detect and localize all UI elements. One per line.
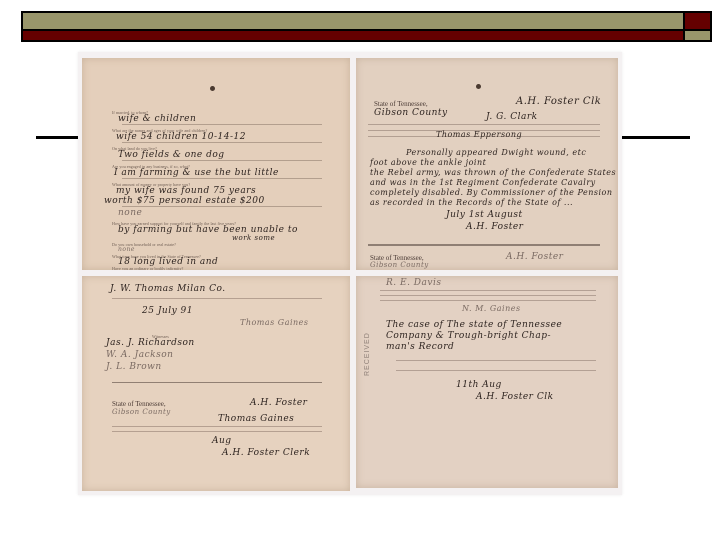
form-line <box>122 142 322 143</box>
form-line <box>122 160 322 161</box>
signature-date: 11th Aug <box>456 380 502 390</box>
header-corner-maroon-square <box>685 13 710 29</box>
official-name: A.H. Foster <box>250 398 307 408</box>
handwritten-text: J. W. Thomas Milan Co. <box>110 284 226 294</box>
form-line <box>380 295 596 296</box>
punch-hole <box>476 84 481 89</box>
handwritten-text: Thomas Eppersong <box>436 130 522 139</box>
form-line <box>122 124 322 125</box>
county-name: Gibson County <box>370 261 429 269</box>
slide-header-bar <box>21 11 712 42</box>
official-name: A.H. Foster <box>506 252 563 262</box>
clerk-signature: A.H. Foster <box>466 222 523 232</box>
section-divider <box>368 244 600 246</box>
witness-name: J. L. Brown <box>106 362 162 372</box>
witness-name: W. A. Jackson <box>106 350 173 360</box>
handwritten-text: Thomas Gaines <box>240 318 309 327</box>
handwritten-text: 25 July 91 <box>142 306 193 316</box>
handwritten-answer: my wife was found 75 years <box>116 186 256 196</box>
document-photograph: If married, to whom? wife & children Wha… <box>78 52 622 495</box>
panel-bottom-right: R. E. Davis N. M. Gaines The case of The… <box>356 276 618 488</box>
handwritten-text: the Rebel army, was thrown of the Confed… <box>370 168 616 177</box>
header-olive-band <box>23 13 683 29</box>
signature-date: July 1st August <box>446 210 523 220</box>
form-question: Have you an ordinary or bodily infirmity… <box>112 266 183 270</box>
handwritten-text: Company & Trough-bright Chap- <box>386 331 551 341</box>
handwritten-text: The case of The state of Tennessee <box>386 320 562 330</box>
handwritten-text: completely disabled. By Commissioner of … <box>370 188 613 197</box>
panel-top-left: If married, to whom? wife & children Wha… <box>82 58 350 270</box>
form-line <box>112 426 322 427</box>
county-name: Gibson County <box>374 108 448 118</box>
handwritten-text: Personally appeared Dwight wound, etc <box>406 148 586 157</box>
received-stamp: RECEIVED <box>364 332 371 376</box>
handwritten-answer: wife & children <box>118 114 196 124</box>
form-line <box>396 370 596 371</box>
handwritten-text: man's Record <box>386 342 454 352</box>
punch-hole <box>210 86 215 91</box>
handwritten-answer: I am farming & use the but little <box>114 168 279 178</box>
handwritten-answer: none <box>118 246 135 253</box>
panel-bottom-left: J. W. Thomas Milan Co. 25 July 91 Thomas… <box>82 276 350 491</box>
handwritten-answer: work some <box>232 234 275 242</box>
handwritten-text: R. E. Davis <box>386 278 441 288</box>
form-line <box>122 178 322 179</box>
clerk-signature: A.H. Foster Clerk <box>222 448 310 458</box>
applicant-name: J. G. Clark <box>486 112 538 122</box>
form-line <box>380 290 596 291</box>
state-heading: State of Tennessee, <box>374 100 428 108</box>
handwritten-text: N. M. Gaines <box>462 304 521 313</box>
handwritten-answer: none <box>118 208 142 218</box>
handwritten-answer: Two fields & one dog <box>118 150 225 160</box>
handwritten-answer: wife 54 children 10-14-12 <box>116 132 246 142</box>
form-line <box>380 300 596 301</box>
date: Aug <box>212 436 232 446</box>
handwritten-text: as recorded in the Records of the State … <box>370 198 573 207</box>
form-line <box>122 206 322 207</box>
official-name: A.H. Foster Clk <box>516 96 601 107</box>
clerk-signature: A.H. Foster Clk <box>476 392 554 402</box>
handwritten-text: and was in the 1st Regiment Confederate … <box>370 178 596 187</box>
witness-name: Jas. J. Richardson <box>106 338 195 348</box>
panel-top-right: State of Tennessee, Gibson County A.H. F… <box>356 58 618 270</box>
form-line <box>396 360 596 361</box>
form-line <box>368 124 600 125</box>
section-divider <box>112 382 322 383</box>
form-line <box>112 298 322 299</box>
handwritten-text: foot above the ankle joint <box>370 158 486 167</box>
state-heading: State of Tennessee, <box>112 400 166 408</box>
header-maroon-band <box>23 31 683 40</box>
handwritten-answer: worth $75 personal estate $200 <box>104 196 265 206</box>
county-name: Gibson County <box>112 408 171 416</box>
applicant-name: Thomas Gaines <box>218 414 294 424</box>
header-corner-olive-square <box>685 31 710 40</box>
form-line <box>112 431 322 432</box>
